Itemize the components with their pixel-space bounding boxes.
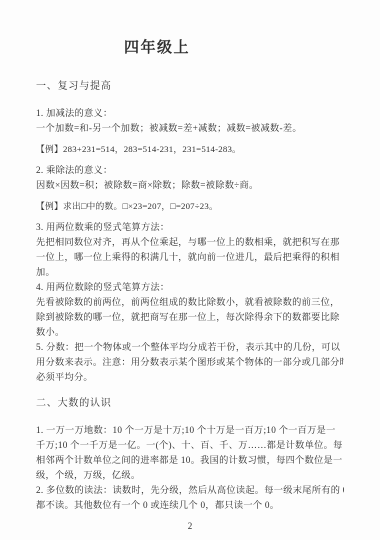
paragraph: 1. 加减法的意义： 一个加数=和-另一个加数；被减数=差+减数；减数=被减数-… <box>36 106 344 136</box>
body-line: 2. 多位数的读法：读数时，先分级，然后从高位读起。每一级末尾所有的 0 <box>36 483 344 498</box>
body-line: 先看被除数的前两位，前两位组成的数比除数小，就看被除数的前三位， <box>36 295 344 310</box>
body-line: 1. 加减法的意义： <box>36 106 344 121</box>
section-heading-review: 一、复习与提高 <box>36 77 344 92</box>
example-block: 【例】求出□中的数。□×23=207，□=207÷23。 <box>36 199 344 214</box>
body-line: 3. 用两位数乘的竖式笔算方法： <box>36 220 344 235</box>
page-title: 四年级上 <box>124 36 344 57</box>
body-line: 加。 <box>36 265 344 280</box>
paragraph: 1. 一万一万地数：10 个一万是十万;10 个十万是一百万;10 个一百万是一… <box>36 423 344 513</box>
body-line: 除到被除数的哪一位，就把商写在那一位上，每次除得余下的数都要比除 <box>36 310 344 325</box>
body-line: 数小。 <box>36 325 344 340</box>
body-line: 级，个级，万级，亿级。 <box>36 468 344 483</box>
paragraph: 3. 用两位数乘的竖式笔算方法： 先把相同数位对齐，再从个位乘起，与哪一位上的数… <box>36 220 344 385</box>
example-line: 【例】283+231=514，283=514-231，231=514-283。 <box>36 142 344 157</box>
body-line: 一位上，哪一位上乘得的积满几十，就向前一位进几，最后把乘得的积相 <box>36 250 344 265</box>
example-block: 【例】283+231=514，283=514-231，231=514-283。 <box>36 142 344 157</box>
body-line: 必须平均分。 <box>36 370 344 385</box>
body-line: 1. 一万一万地数：10 个一万是十万;10 个十万是一百万;10 个一百万是一 <box>36 423 344 438</box>
paragraph: 2. 乘除法的意义： 因数×因数=积；被除数=商×除数；除数=被除数÷商。 <box>36 163 344 193</box>
body-line: 因数×因数=积；被除数=商×除数；除数=被除数÷商。 <box>36 178 344 193</box>
body-line: 千万;10 个一千万是一亿。一(个)、十、百、千、万……都是计数单位。每 <box>36 438 344 453</box>
example-line: 【例】求出□中的数。□×23=207，□=207÷23。 <box>36 199 344 214</box>
body-line: 一个加数=和-另一个加数；被减数=差+减数；减数=被减数-差。 <box>36 121 344 136</box>
body-line: 5. 分数：把一个物体或一个整体平均分成若干份，表示其中的几份，可以 <box>36 340 344 355</box>
section-heading-big-numbers: 二、大数的认识 <box>36 394 344 409</box>
body-line: 相邻两个计数单位之间的进率都是 10。我国的计数习惯，每四个数位是一 <box>36 453 344 468</box>
document-page: 四年级上 一、复习与提高 1. 加减法的意义： 一个加数=和-另一个加数；被减数… <box>0 0 380 540</box>
body-line: 先把相同数位对齐，再从个位乘起，与哪一位上的数相乘，就把积写在那 <box>36 235 344 250</box>
body-line: 用分数来表示。注意：用分数表示某个图形或某个物体的一部分或几部分时， <box>36 355 344 370</box>
page-number: 2 <box>0 521 380 531</box>
body-line: 4. 用两位数除的竖式笔算方法： <box>36 280 344 295</box>
body-line: 都不读。其他数位有一个 0 或连续几个 0，都只读一个 0。 <box>36 498 344 513</box>
body-line: 2. 乘除法的意义： <box>36 163 344 178</box>
